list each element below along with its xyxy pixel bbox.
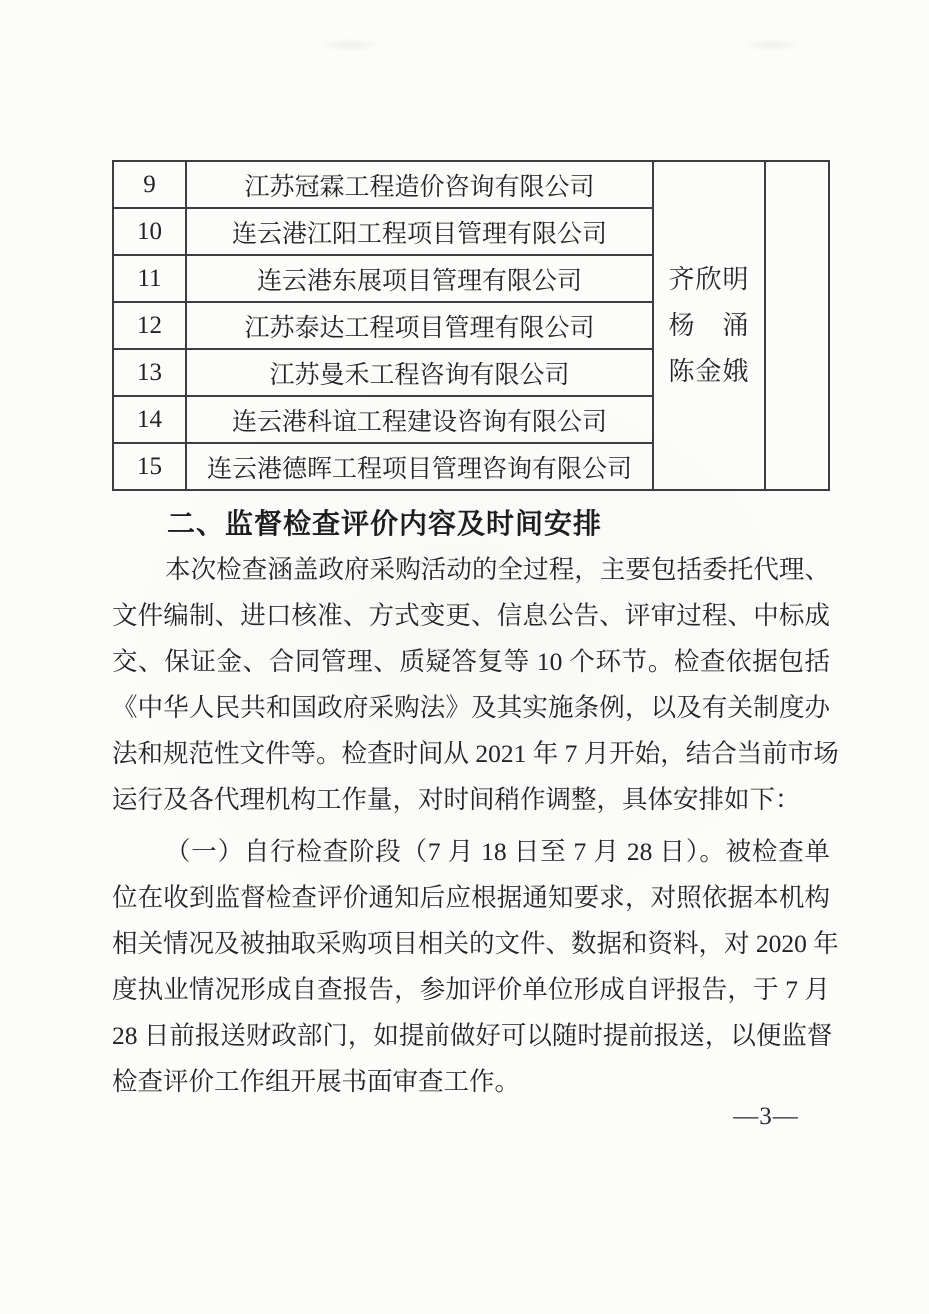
row-number: 9 (113, 161, 186, 208)
text-line: 交、保证金、合同管理、质疑答复等 10 个环节。检查依据包括 (112, 639, 830, 685)
company-name: 连云港德晖工程项目管理咨询有限公司 (186, 443, 653, 490)
company-name: 连云港江阳工程项目管理有限公司 (186, 208, 653, 255)
paragraph-2: （一）自行检查阶段（7 月 18 日至 7 月 28 日）。被检查单 位在收到监… (112, 829, 830, 1105)
text-line: 法和规范性文件等。检查时间从 2021 年 7 月开始，结合当前市场 (112, 731, 830, 777)
agency-table: 9 江苏冠霖工程造价咨询有限公司 齐欣明 杨 涌 陈金娥 10 连云港江阳工程项… (112, 160, 830, 491)
row-number: 15 (113, 443, 186, 490)
row-number: 10 (113, 208, 186, 255)
inspector-name: 杨 涌 (654, 303, 764, 349)
text-line: 文件编制、进口核准、方式变更、信息公告、评审过程、中标成 (112, 593, 830, 639)
text-line: 运行及各代理机构工作量，对时间稍作调整，具体安排如下： (112, 777, 830, 823)
row-number: 14 (113, 396, 186, 443)
text-line: 位在收到监督检查评价通知后应根据通知要求，对照依据本机构 (112, 875, 830, 921)
document-page: 9 江苏冠霖工程造价咨询有限公司 齐欣明 杨 涌 陈金娥 10 连云港江阳工程项… (0, 0, 929, 1314)
company-name: 连云港东展项目管理有限公司 (186, 255, 653, 302)
section-heading: 二、监督检查评价内容及时间安排 (167, 502, 602, 542)
empty-cell (765, 161, 829, 490)
text-line: 检查评价工作组开展书面审查工作。 (112, 1059, 830, 1105)
inspectors-cell: 齐欣明 杨 涌 陈金娥 (653, 161, 765, 490)
inspector-name: 陈金娥 (654, 349, 764, 395)
row-number: 12 (113, 302, 186, 349)
company-name: 江苏冠霖工程造价咨询有限公司 (186, 161, 653, 208)
paragraph-1: 本次检查涵盖政府采购活动的全过程，主要包括委托代理、 文件编制、进口核准、方式变… (112, 547, 830, 823)
row-number: 13 (113, 349, 186, 396)
row-number: 11 (113, 255, 186, 302)
text-line: 28 日前报送财政部门，如提前做好可以随时提前报送，以便监督 (112, 1013, 830, 1059)
page-number: —3— (700, 1103, 832, 1131)
text-line: 本次检查涵盖政府采购活动的全过程，主要包括委托代理、 (112, 547, 830, 593)
company-name: 江苏泰达工程项目管理有限公司 (186, 302, 653, 349)
table-row: 9 江苏冠霖工程造价咨询有限公司 齐欣明 杨 涌 陈金娥 (113, 161, 829, 208)
text-line: 相关情况及被抽取采购项目相关的文件、数据和资料，对 2020 年 (112, 921, 830, 967)
text-line: 《中华人民共和国政府采购法》及其实施条例，以及有关制度办 (112, 685, 830, 731)
company-name: 连云港科谊工程建设咨询有限公司 (186, 396, 653, 443)
company-name: 江苏曼禾工程咨询有限公司 (186, 349, 653, 396)
text-line: （一）自行检查阶段（7 月 18 日至 7 月 28 日）。被检查单 (112, 829, 830, 875)
inspector-name: 齐欣明 (654, 257, 764, 303)
text-line: 度执业情况形成自查报告，参加评价单位形成自评报告，于 7 月 (112, 967, 830, 1013)
